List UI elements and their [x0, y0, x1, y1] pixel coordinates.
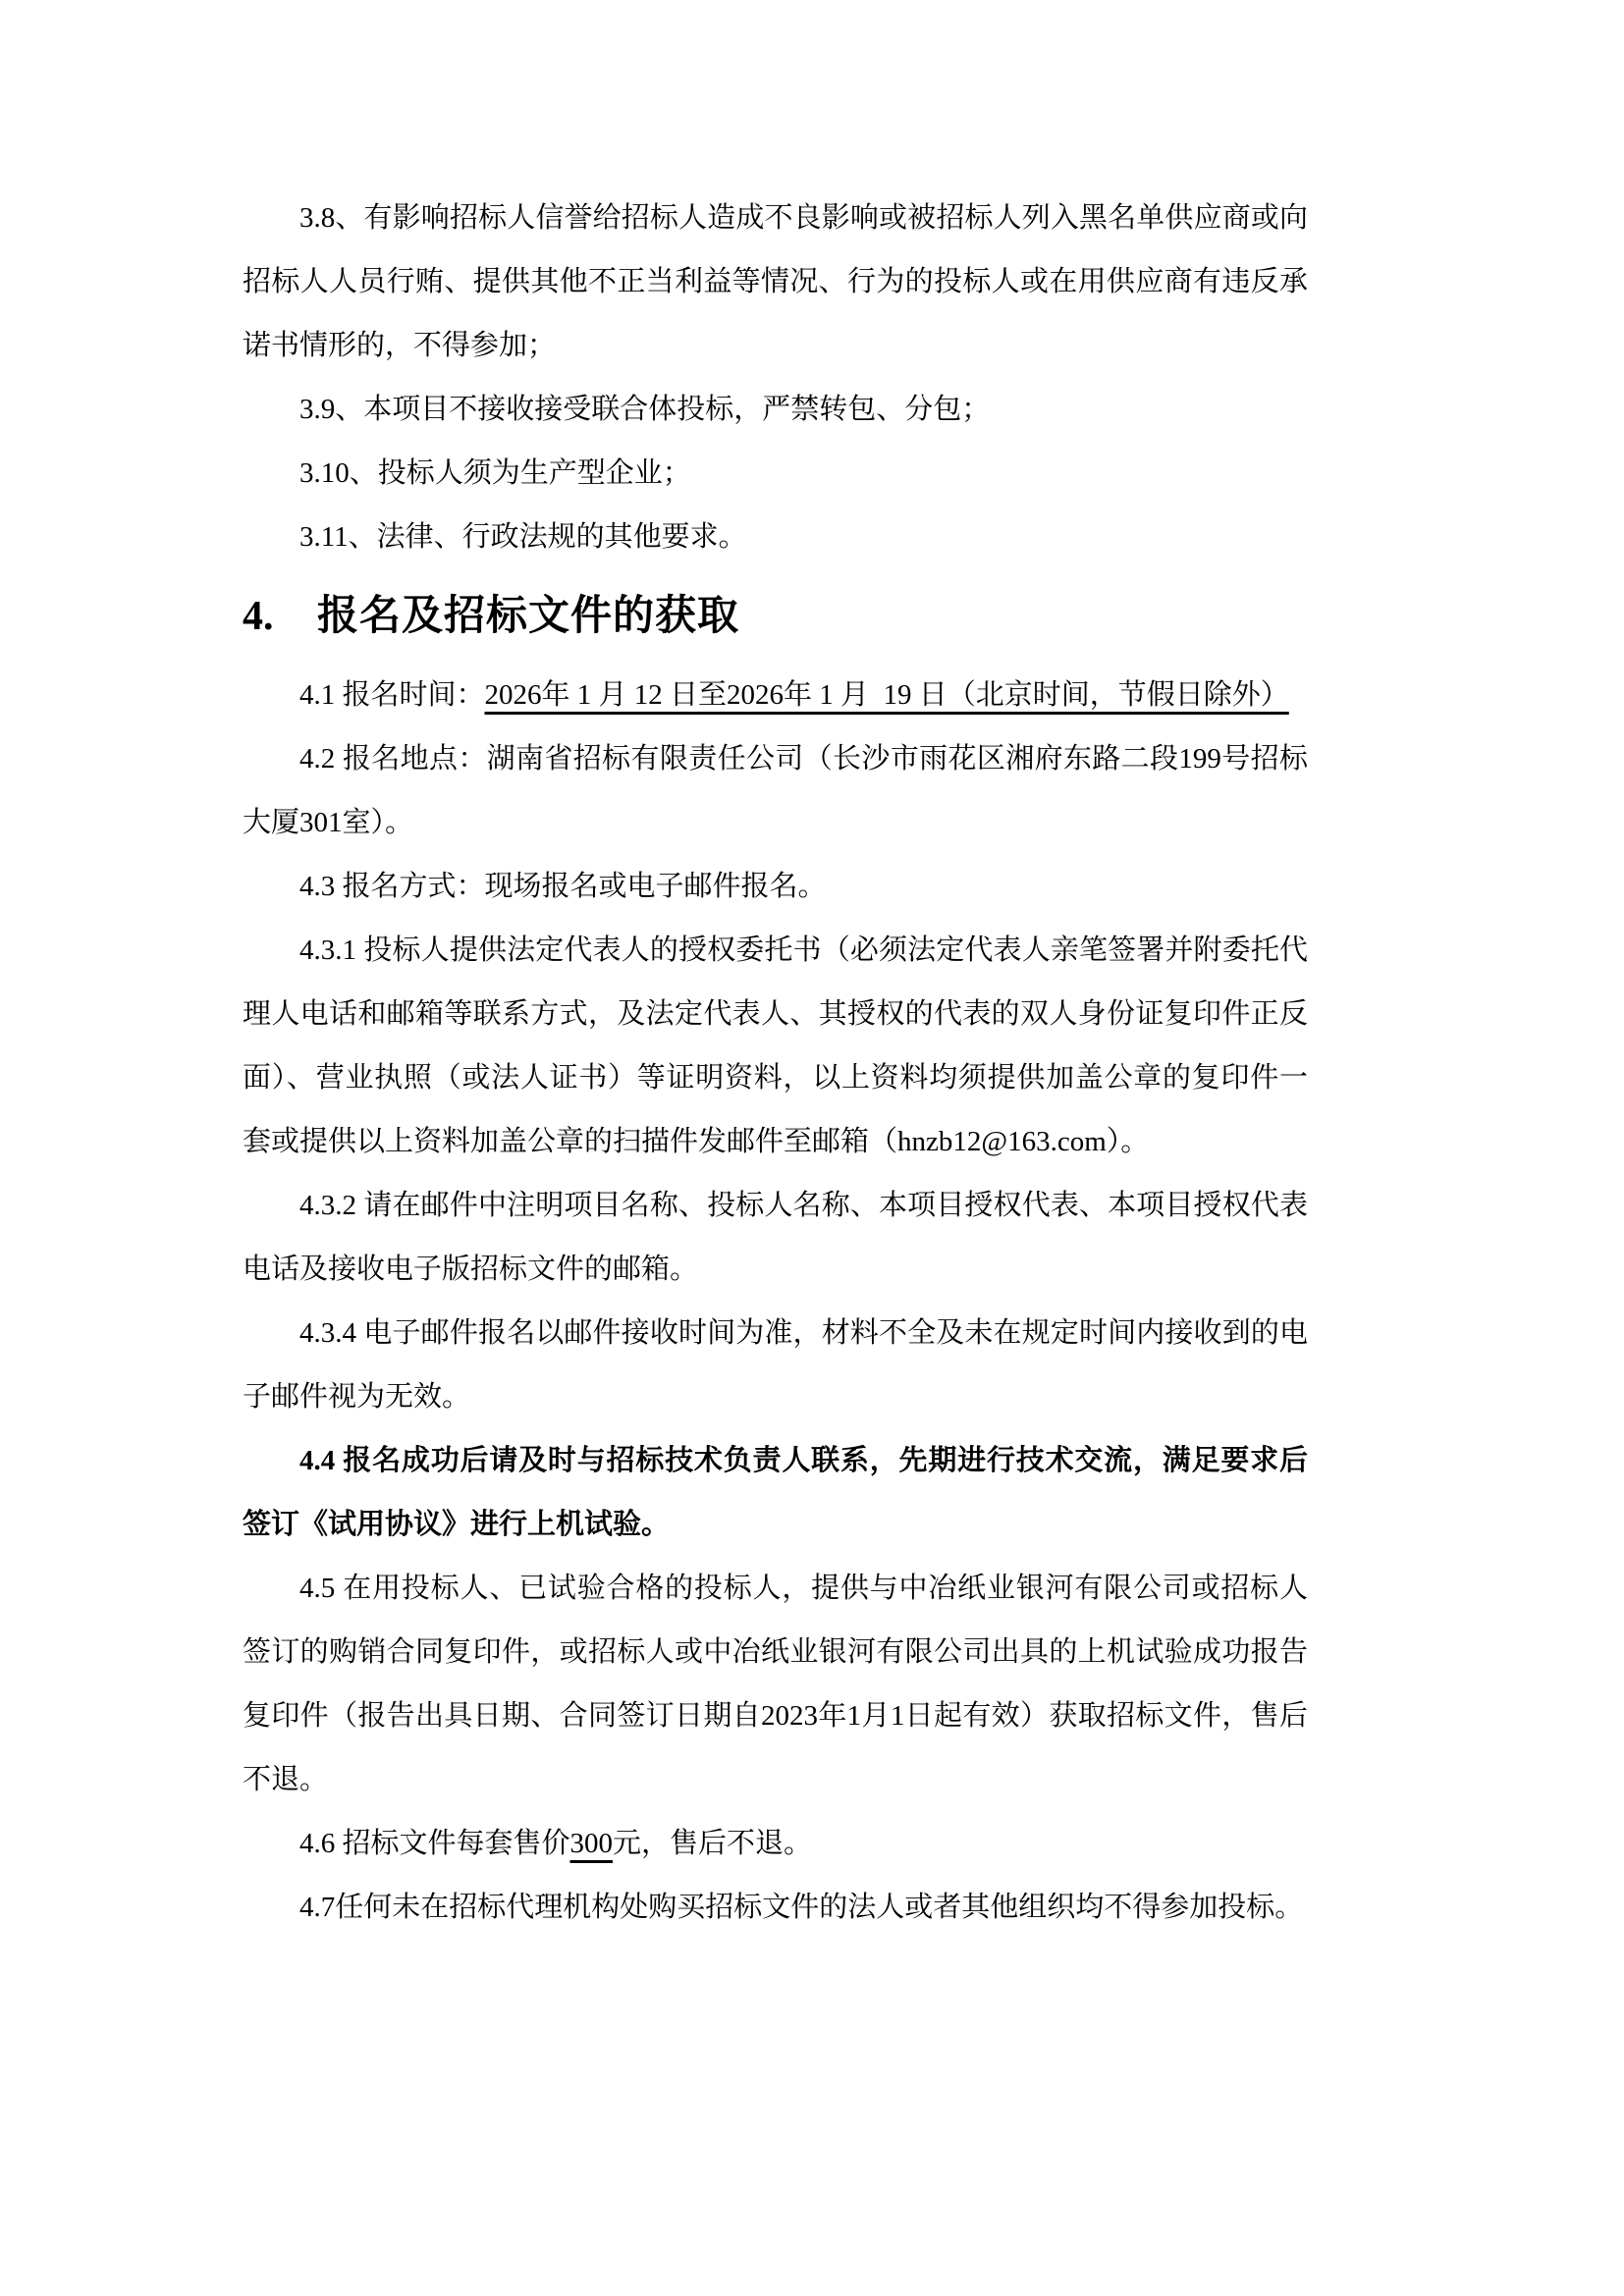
- paragraph-3-8: 3.8、有影响招标人信誉给招标人造成不良影响或被招标人列入黑名单供应商或向招标人…: [243, 187, 1308, 378]
- paragraph-4-3-2: 4.3.2 请在邮件中注明项目名称、投标人名称、本项目授权代表、本项目授权代表电…: [243, 1174, 1308, 1302]
- paragraph-3-11: 3.11、法律、行政法规的其他要求。: [243, 506, 1308, 569]
- paragraph-4-1-label: 4.1 报名时间：: [299, 679, 485, 711]
- paragraph-4-4: 4.4 报名成功后请及时与招标技术负责人联系，先期进行技术交流，满足要求后签订《…: [243, 1429, 1308, 1557]
- section-4-heading-title: 报名及招标文件的获取: [317, 594, 739, 639]
- section-4-heading-number: 4.: [243, 577, 317, 656]
- paragraph-3-9: 3.9、本项目不接收接受联合体投标，严禁转包、分包；: [243, 378, 1308, 442]
- paragraph-4-1: 4.1 报名时间：2026年 1 月 12 日至2026年 1 月 19 日（北…: [243, 664, 1308, 727]
- paragraph-4-3: 4.3 报名方式：现场报名或电子邮件报名。: [243, 855, 1308, 919]
- paragraph-4-3-4: 4.3.4 电子邮件报名以邮件接收时间为准，材料不全及未在规定时间内接收到的电子…: [243, 1302, 1308, 1429]
- paragraph-4-6-price: 300: [570, 1828, 614, 1859]
- paragraph-4-5: 4.5 在用投标人、已试验合格的投标人，提供与中冶纸业银河有限公司或招标人签订的…: [243, 1557, 1308, 1812]
- paragraph-4-6-suffix: 元，售后不退。: [613, 1828, 812, 1859]
- document-page: 3.8、有影响招标人信誉给招标人造成不良影响或被招标人列入黑名单供应商或向招标人…: [0, 0, 1624, 2296]
- paragraph-4-1-date-range: 2026年 1 月 12 日至2026年 1 月 19 日（北京时间，节假日除外…: [485, 679, 1289, 711]
- paragraph-4-6: 4.6 招标文件每套售价300元，售后不退。: [243, 1812, 1308, 1876]
- paragraph-4-7: 4.7任何未在招标代理机构处购买招标文件的法人或者其他组织均不得参加投标。: [243, 1876, 1308, 1940]
- paragraph-4-3-1: 4.3.1 投标人提供法定代表人的授权委托书（必须法定代表人亲笔签署并附委托代理…: [243, 919, 1308, 1174]
- paragraph-4-2: 4.2 报名地点：湖南省招标有限责任公司（长沙市雨花区湘府东路二段199号招标大…: [243, 727, 1308, 855]
- paragraph-4-6-prefix: 4.6 招标文件每套售价: [299, 1828, 570, 1859]
- section-4-heading: 4.报名及招标文件的获取: [243, 577, 1308, 656]
- paragraph-3-10: 3.10、投标人须为生产型企业；: [243, 442, 1308, 506]
